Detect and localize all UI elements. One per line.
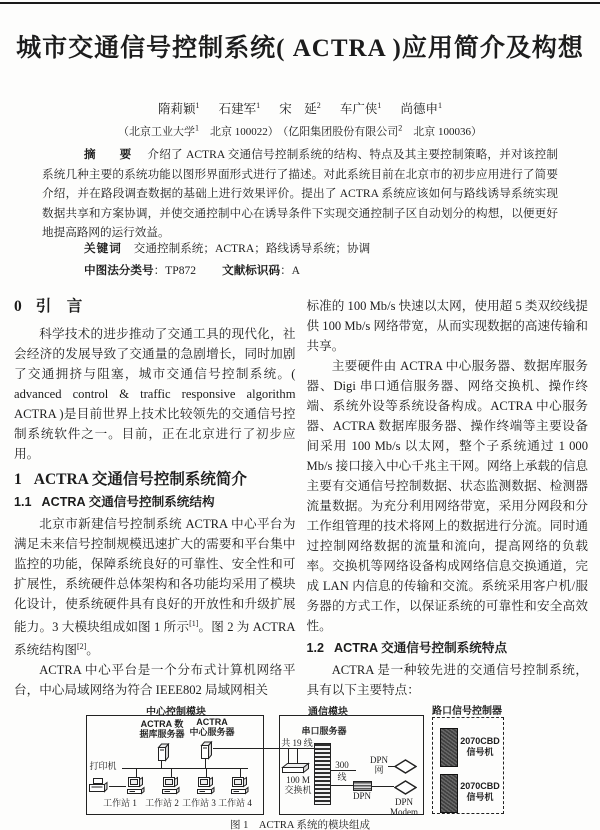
abstract: 摘 要介绍了 ACTRA 交通信号控制系统的结构、特点及其主要控制策略，并对该控…	[42, 145, 558, 243]
paper-page: 城市交通信号控制系统( ACTRA )应用简介及构想 隋莉颖1 石建军1 宋 延…	[0, 0, 600, 830]
controller-label: 2070CBD 信号机	[458, 736, 502, 757]
author: 宋 延2	[279, 102, 321, 116]
signal-module-label: 路口信号控制器	[432, 702, 502, 717]
abstract-text: 介绍了 ACTRA 交通信号控制系统的结构、特点及其主要控制策略，并对该控制系统…	[42, 148, 558, 239]
right-column: 标准的 100 Mb/s 快速以太网，使用超 5 类双绞线提供 100 Mb/s…	[307, 296, 589, 702]
author: 隋莉颖1	[158, 102, 200, 116]
serial-server-label: 串口服务器	[298, 726, 350, 737]
network-paragraph: 标准的 100 Mb/s 快速以太网，使用超 5 类双绞线提供 100 Mb/s…	[307, 296, 589, 356]
section-1-heading: 1ACTRA 交通信号控制系统简介	[14, 470, 296, 490]
figure-caption: 图 1 ACTRA 系统的模块组成	[0, 817, 600, 830]
structure-paragraph: 北京市新建信号控制系统 ACTRA 中心平台为满足未来信号控制规模迅速扩大的需要…	[14, 514, 296, 660]
doc-code-value: ：A	[280, 264, 300, 277]
section-1-1-heading: 1.1ACTRA 交通信号控制系统结构	[14, 494, 296, 511]
dpn-modem-diamond-icon	[394, 780, 417, 795]
keywords-text: 交通控制系统；ACTRA；路线诱导系统；协调	[134, 242, 370, 255]
printer-label: 打印机	[88, 761, 118, 771]
wire	[330, 785, 353, 786]
reference-2: [2]	[77, 642, 86, 651]
workstation-label: 工作站 3	[179, 798, 219, 808]
signal-controller-icon	[440, 728, 458, 767]
signal-controller-icon	[440, 774, 458, 813]
abstract-label: 摘 要	[84, 148, 137, 161]
workstation-icon	[126, 776, 146, 796]
center-server-label: ACTRA 中心服务器	[189, 718, 235, 737]
hardware-paragraph: 主要硬件由 ACTRA 中心服务器、数据库服务器、Digi 串口通信服务器、网络…	[307, 356, 589, 636]
intro-paragraph: 科学技术的进步推动了交通工具的现代化，社会经济的发展导致了交通量的急剧增长，同时…	[14, 324, 296, 464]
wire	[205, 758, 206, 768]
db-server-label: ACTRA 数 据库服务器	[136, 720, 188, 739]
keywords: 关键词交通控制系统；ACTRA；路线诱导系统；协调	[84, 240, 558, 256]
lines-19-label: 共 19 线	[280, 738, 314, 748]
wire	[371, 786, 394, 787]
server-icon	[155, 743, 170, 762]
bus-line	[122, 768, 248, 769]
body-columns: 0引 言 科学技术的进步推动了交通工具的现代化，社会经济的发展导致了交通量的急剧…	[14, 296, 588, 702]
wire	[109, 786, 126, 787]
classification-line: 中图法分类号：TP872文献标识码：A	[84, 262, 558, 278]
platform-paragraph: ACTRA 中心平台是一个分布式计算机网络平台，中心局域网络为符合 IEEE80…	[14, 660, 296, 700]
page-top-rule	[0, 2, 600, 4]
controller-label: 2070CBD 信号机	[458, 781, 502, 802]
serial-server-rack-icon	[314, 743, 331, 805]
workstation-label: 工作站 4	[215, 798, 255, 808]
section-1-2-heading: 1.2ACTRA 交通信号控制系统特点	[307, 640, 589, 657]
dpn-net-label: DPN 网	[367, 755, 391, 775]
workstation-icon	[230, 776, 250, 796]
workstation-label: 工作站 2	[142, 798, 182, 808]
wire	[288, 748, 289, 763]
switch-label: 100 M 交换机	[280, 775, 316, 795]
features-paragraph: ACTRA 是一种较先进的交通信号控制系统，具有以下主要特点：	[307, 660, 589, 700]
switch-icon	[281, 762, 310, 774]
workstation-label: 工作站 1	[100, 798, 140, 808]
figure-1: 中心控制模块 通信模块 路口信号控制器 ACTRA 数 据库服务器 ACTRA …	[0, 700, 600, 830]
printer-icon	[88, 777, 109, 794]
keywords-label: 关键词	[84, 242, 122, 255]
dpn-network-diamond-icon	[394, 759, 417, 774]
dpn-unit-icon	[353, 781, 372, 791]
section-0-heading: 0引 言	[14, 298, 296, 316]
left-column: 0引 言 科学技术的进步推动了交通工具的现代化，社会经济的发展导致了交通量的急剧…	[14, 296, 296, 702]
affiliation: （北京工业大学1 北京 100022）	[118, 126, 279, 138]
dpn-label: DPN	[352, 791, 372, 801]
clc-value: ：TP872	[154, 264, 197, 277]
dpn-modem-label: DPN Modem	[385, 797, 423, 817]
wire	[297, 748, 298, 763]
doc-code-label: 文献标识码	[222, 264, 280, 277]
page-title: 城市交通信号控制系统( ACTRA )应用简介及构想	[14, 33, 586, 64]
author: 车广侠1	[340, 102, 382, 116]
reference-1: [1]	[189, 619, 198, 628]
lines-300-label: 300 线	[333, 759, 351, 783]
author-line: 隋莉颖1 石建军1 宋 延2 车广侠1 尚德申1	[0, 99, 600, 117]
workstation-icon	[161, 776, 181, 796]
workstation-icon	[196, 776, 216, 796]
affiliation-line: （北京工业大学1 北京 100022）（亿阳集团股份有限公司2 北京 10003…	[0, 123, 600, 139]
wire	[213, 748, 314, 749]
author: 尚德申1	[401, 102, 443, 116]
clc-label: 中图法分类号	[84, 264, 154, 277]
wire	[161, 760, 162, 768]
affiliation: （亿阳集团股份有限公司2 北京 100036）	[283, 126, 482, 138]
author: 石建军1	[219, 102, 261, 116]
